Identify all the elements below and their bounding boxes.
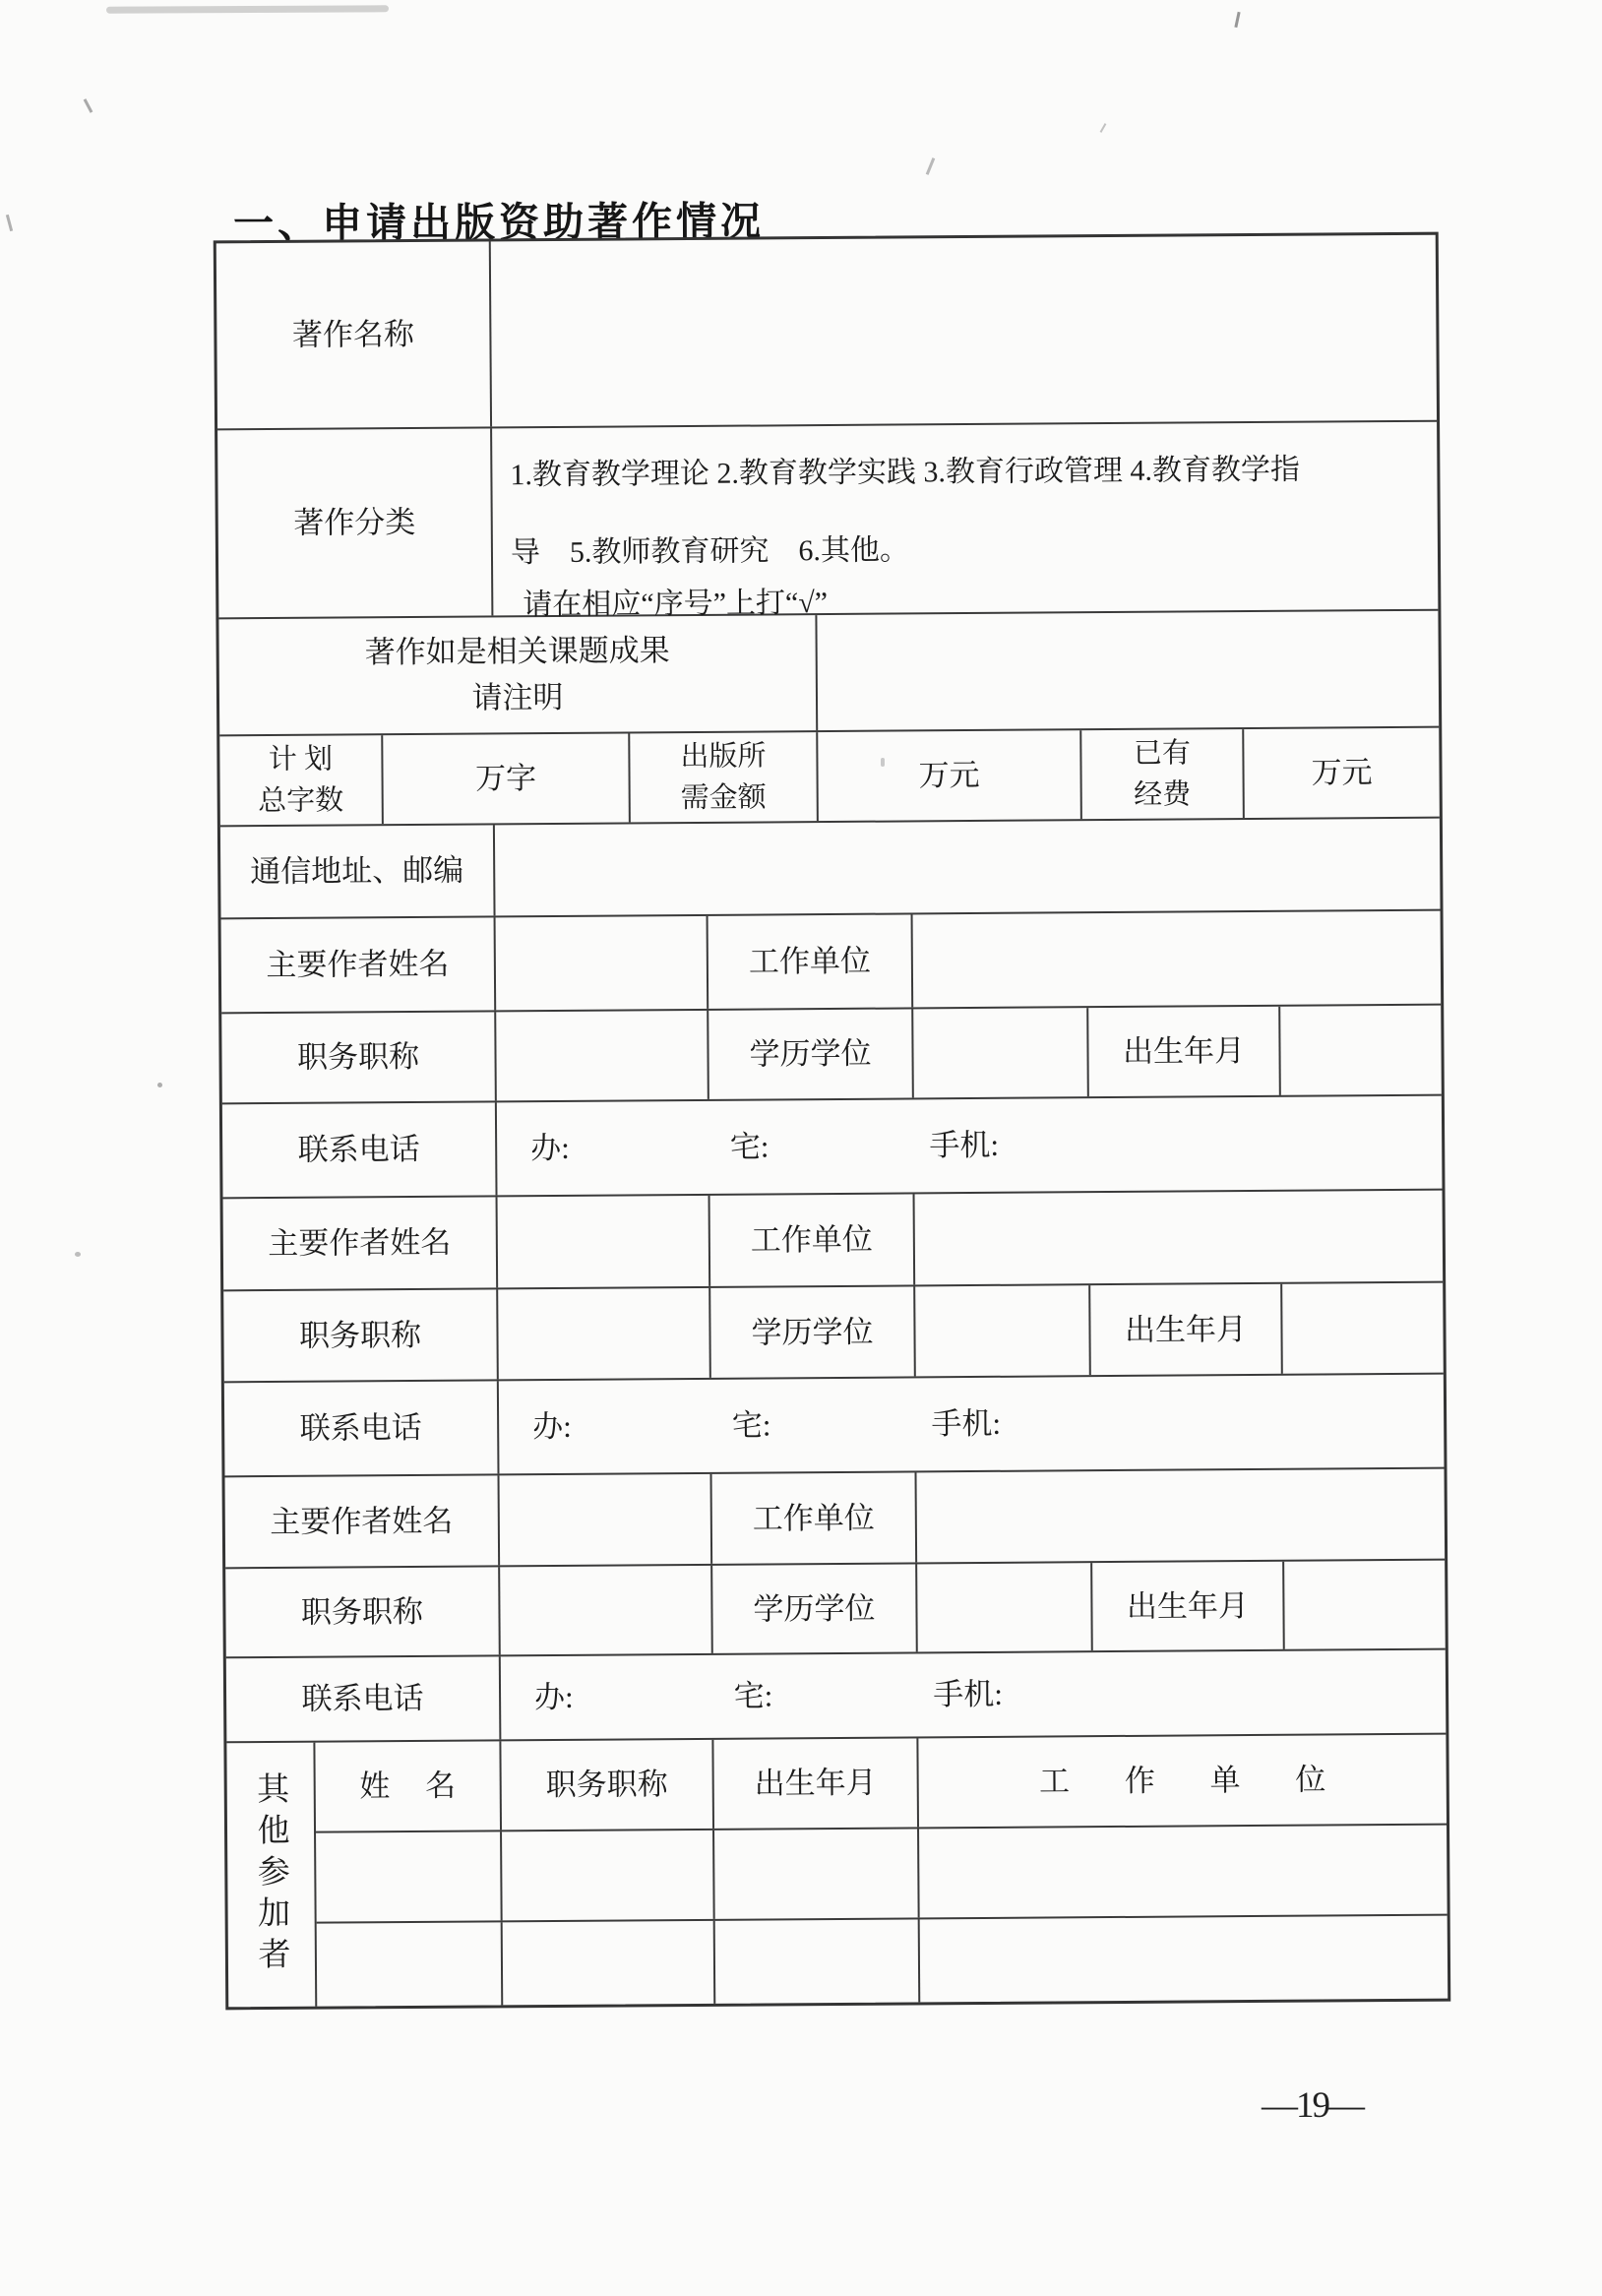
project-note-label-line1: 著作如是相关课题成果 <box>365 628 670 676</box>
planned-words-label-line2: 总字数 <box>258 779 343 822</box>
other-participants-header-row: 姓 名 职务职称 出生年月 工 作 单 位 <box>315 1735 1447 1833</box>
other-row2-name-cell <box>317 1922 504 2006</box>
author3-birth-label: 出生年月 <box>1092 1562 1285 1650</box>
author2-birth-label: 出生年月 <box>1090 1284 1283 1375</box>
scan-artifact-mark <box>84 98 93 113</box>
other-participants-grid: 姓 名 职务职称 出生年月 工 作 单 位 <box>315 1735 1448 2007</box>
section-other-participants: 其他参加者 姓 名 职务职称 出生年月 工 作 单 位 <box>226 1735 1448 2008</box>
author2-degree-value-cell <box>915 1285 1091 1376</box>
row-address: 通信地址、邮编 <box>220 819 1441 920</box>
work-name-value-cell <box>491 235 1437 427</box>
existing-funds-label-line1: 已有 <box>1134 732 1191 774</box>
other-row1-name-cell <box>316 1831 503 1921</box>
author3-phone-value-cell: 办: 宅: 手机: <box>501 1650 1447 1740</box>
author1-birth-value-cell <box>1280 1006 1442 1095</box>
other-row1-title-cell <box>502 1831 715 1921</box>
planned-words-label: 计 划 总字数 <box>219 735 384 825</box>
row-plan-figures: 计 划 总字数 万字 出版所 需金额 万元 已有 经费 万元 <box>219 728 1440 828</box>
existing-funds-label-line2: 经费 <box>1134 774 1191 815</box>
author2-title-value-cell <box>498 1288 711 1380</box>
amount-needed-label-line1: 出版所 <box>680 735 766 777</box>
other-participants-side-label: 其他参加者 <box>226 1743 317 2008</box>
author1-title-value-cell <box>496 1011 709 1101</box>
other-row2-title-cell <box>503 1921 716 2006</box>
author1-phone-mobile-label: 手机: <box>929 1125 999 1166</box>
author2-name-label: 主要作者姓名 <box>223 1197 499 1289</box>
other-row1-unit-cell <box>919 1826 1448 1918</box>
author1-phone-home-label: 宅: <box>730 1127 770 1168</box>
author3-work-unit-value-cell <box>916 1469 1445 1563</box>
author3-name-value-cell <box>500 1474 713 1566</box>
scan-artifact-dot <box>75 1252 81 1257</box>
row-author2-phone: 联系电话 办: 宅: 手机: <box>224 1375 1445 1478</box>
author2-birth-value-cell <box>1282 1283 1444 1374</box>
author1-name-value-cell <box>496 916 709 1011</box>
work-name-label: 著作名称 <box>216 241 492 428</box>
author2-name-value-cell <box>498 1196 711 1288</box>
row-author3-phone: 联系电话 办: 宅: 手机: <box>226 1650 1447 1744</box>
author1-birth-label: 出生年月 <box>1088 1007 1281 1096</box>
row-category: 著作分类 1.教育教学理论 2.教育教学实践 3.教育行政管理 4.教育教学指 … <box>217 422 1438 620</box>
project-note-value-cell <box>817 611 1439 730</box>
author3-birth-value-cell <box>1284 1561 1446 1649</box>
row-project-note: 著作如是相关课题成果 请注明 <box>218 611 1439 737</box>
author3-phone-mobile-label: 手机: <box>933 1674 1003 1715</box>
author1-name-label: 主要作者姓名 <box>221 917 497 1012</box>
scan-artifact-smudge <box>106 5 389 14</box>
category-options-cell: 1.教育教学理论 2.教育教学实践 3.教育行政管理 4.教育教学指 导 5.教… <box>492 422 1438 616</box>
author2-phone-office-label: 办: <box>532 1406 572 1448</box>
scan-artifact-mark <box>1234 12 1240 28</box>
author1-work-unit-label: 工作单位 <box>709 914 914 1008</box>
other-col-title-header: 职务职称 <box>501 1740 714 1831</box>
author1-phone-value-cell: 办: 宅: 手机: <box>497 1096 1443 1196</box>
author1-title-label: 职务职称 <box>221 1012 497 1102</box>
other-row2-birth-cell <box>715 1919 921 2003</box>
author3-degree-label: 学历学位 <box>712 1564 918 1652</box>
author2-phone-mobile-label: 手机: <box>931 1403 1001 1445</box>
author2-phone-home-label: 宅: <box>732 1405 771 1447</box>
author1-degree-label: 学历学位 <box>709 1009 914 1098</box>
author3-work-unit-label: 工作单位 <box>712 1472 918 1563</box>
author2-work-unit-value-cell <box>915 1191 1444 1285</box>
row-author1-phone: 联系电话 办: 宅: 手机: <box>222 1096 1443 1200</box>
scan-artifact-mark <box>926 157 936 175</box>
category-options-line2: 导 5.教师教育研究 6.其他。 <box>511 530 909 573</box>
planned-words-unit-cell: 万字 <box>383 733 631 824</box>
author3-title-label: 职务职称 <box>225 1567 501 1656</box>
planned-words-label-line1: 计 划 <box>269 738 334 780</box>
author2-phone-label: 联系电话 <box>224 1381 500 1475</box>
other-col-birth-header: 出生年月 <box>713 1738 919 1828</box>
project-note-label: 著作如是相关课题成果 请注明 <box>218 615 818 734</box>
page-number: —19— <box>1262 2084 1363 2127</box>
author1-degree-value-cell <box>913 1008 1089 1097</box>
author2-title-label: 职务职称 <box>223 1289 499 1381</box>
other-col-unit-header: 工 作 单 位 <box>918 1735 1447 1828</box>
author1-phone-office-label: 办: <box>530 1128 570 1169</box>
author2-work-unit-label: 工作单位 <box>710 1194 916 1285</box>
existing-funds-unit-cell: 万元 <box>1244 728 1440 818</box>
amount-needed-unit-cell: 万元 <box>818 730 1082 821</box>
row-author1-title: 职务职称 学历学位 出生年月 <box>221 1006 1442 1105</box>
author2-degree-label: 学历学位 <box>710 1286 916 1377</box>
author1-work-unit-value-cell <box>913 911 1442 1008</box>
row-author3-title: 职务职称 学历学位 出生年月 <box>225 1561 1446 1659</box>
address-label: 通信地址、邮编 <box>220 825 496 917</box>
amount-needed-label-line2: 需金额 <box>681 776 767 819</box>
author3-degree-value-cell <box>917 1563 1093 1651</box>
other-row2-unit-cell <box>920 1916 1448 2003</box>
author3-phone-label: 联系电话 <box>226 1656 502 1741</box>
project-note-label-line2: 请注明 <box>471 674 563 720</box>
author3-phone-home-label: 宅: <box>734 1676 773 1717</box>
amount-needed-label: 出版所 需金额 <box>630 732 819 822</box>
category-label: 著作分类 <box>217 428 493 617</box>
other-participant-row <box>317 1916 1448 2007</box>
author3-name-label: 主要作者姓名 <box>225 1475 501 1567</box>
address-value-cell <box>495 819 1441 916</box>
row-author1-name: 主要作者姓名 工作单位 <box>221 911 1442 1015</box>
row-work-name: 著作名称 <box>216 235 1437 431</box>
category-options-line1: 1.教育教学理论 2.教育教学实践 3.教育行政管理 4.教育教学指 <box>510 451 1300 496</box>
existing-funds-label: 已有 经费 <box>1081 729 1245 819</box>
scan-artifact-mark <box>1100 123 1107 133</box>
scan-artifact-dot <box>157 1083 162 1087</box>
row-author3-name: 主要作者姓名 工作单位 <box>225 1469 1446 1570</box>
author3-phone-office-label: 办: <box>534 1677 574 1718</box>
author3-title-value-cell <box>500 1566 713 1655</box>
row-author2-title: 职务职称 学历学位 出生年月 <box>223 1283 1444 1384</box>
author1-phone-label: 联系电话 <box>222 1102 498 1197</box>
application-form-table: 著作名称 著作分类 1.教育教学理论 2.教育教学实践 3.教育行政管理 4.教… <box>214 232 1451 2011</box>
scan-artifact-mark <box>6 215 13 231</box>
other-row1-birth-cell <box>714 1829 920 1918</box>
row-author2-name: 主要作者姓名 工作单位 <box>223 1191 1444 1292</box>
other-participant-row <box>316 1826 1448 1924</box>
author2-phone-value-cell: 办: 宅: 手机: <box>499 1375 1445 1474</box>
other-col-name-header: 姓 名 <box>315 1741 502 1831</box>
